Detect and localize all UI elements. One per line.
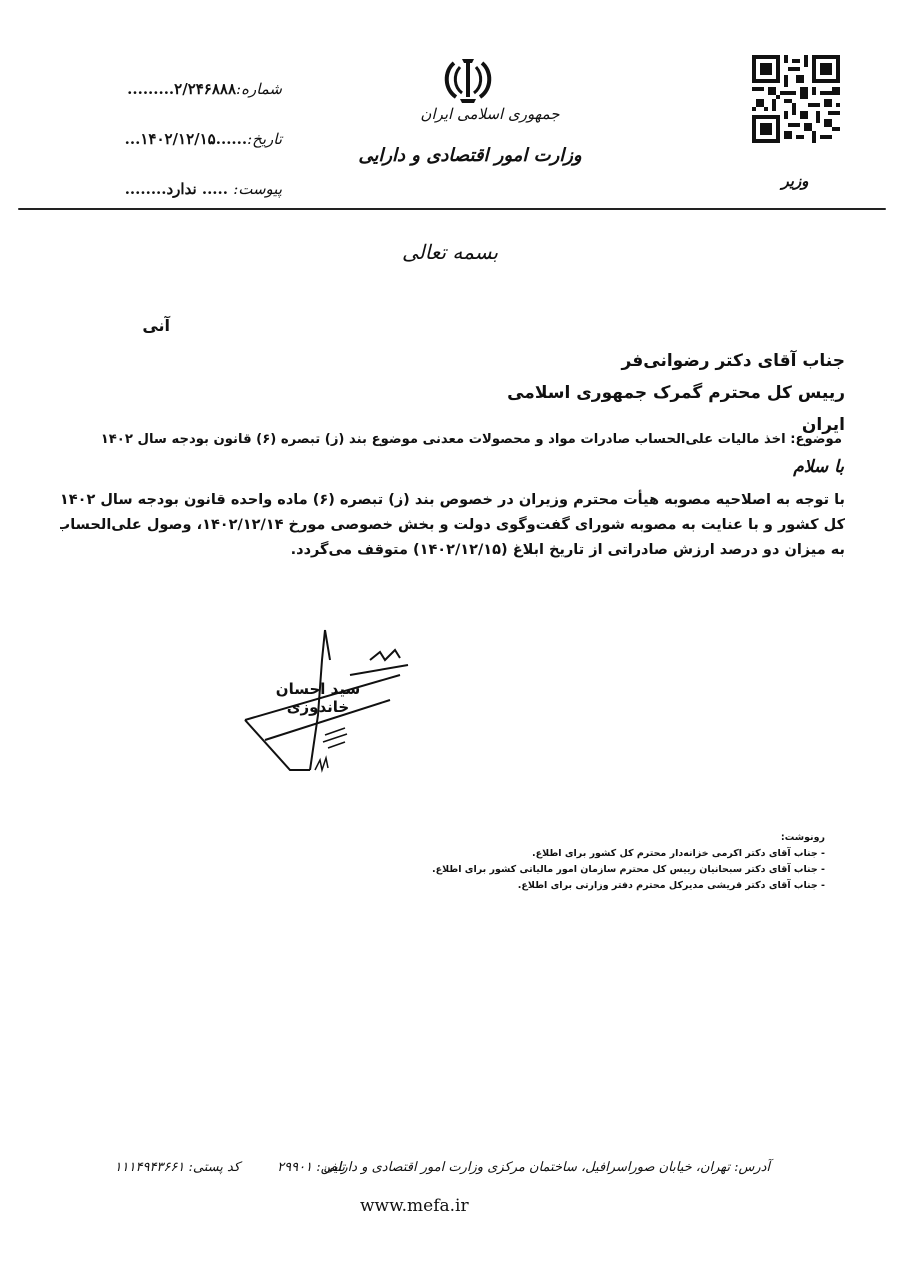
header-divider [18, 208, 886, 210]
letter-attachment: پیوست: ..... ندارد........ [62, 180, 282, 198]
dotted-fill: ..... [197, 180, 234, 198]
letter-date-label: تاریخ: [247, 130, 282, 148]
greeting: با سلام [780, 457, 844, 477]
dotted-fill: ...... [216, 130, 247, 148]
body-line: با توجه به اصلاحیه مصوبه هیأت محترم وزیر… [60, 488, 845, 513]
qr-code-icon [752, 55, 840, 143]
sender-title: وزیر [770, 172, 820, 190]
letter-subject: موضوع: اخذ مالیات علی‌الحساب صادرات مواد… [150, 432, 842, 447]
country-name: جمهوری اسلامی ایران [380, 105, 600, 123]
letter-date-value: ۱۴۰۲/۱۲/۱۵ [140, 130, 215, 148]
addressee: جناب آقای دکتر رضوانی‌فر رییس کل محترم گ… [470, 345, 845, 441]
invocation: بسمه تعالی [380, 240, 520, 264]
cc-list: رونوشت: - جناب آقای دکتر اکرمی خزانه‌دار… [470, 830, 825, 894]
letter-attachment-label: پیوست: [233, 180, 282, 198]
cc-label: رونوشت: [470, 830, 825, 846]
cc-item: - جناب آقای دکتر قریشی مدیرکل محترم دفتر… [470, 878, 825, 894]
letter-body: با توجه به اصلاحیه مصوبه هیأت محترم وزیر… [60, 488, 845, 563]
footer-postal-code: کد پستی: ۱۱۱۴۹۴۳۶۶۱ [100, 1160, 240, 1175]
footer-address: آدرس: تهران، خیابان صوراسرافیل، ساختمان … [350, 1160, 770, 1175]
footer-phone: تلفن: ۲۹۹۰۱ [250, 1160, 345, 1175]
dotted-fill: ... [125, 130, 141, 148]
letter-number-value: ۲/۲۴۶۸۸۸ [174, 80, 236, 98]
body-line: کل کشور و با عنایت به مصوبه شورای گفت‌وگ… [60, 513, 845, 538]
letter-date: تاریخ:......۱۴۰۲/۱۲/۱۵... [62, 130, 282, 148]
cc-item: - جناب آقای دکتر اکرمی خزانه‌دار محترم ک… [470, 846, 825, 862]
ministry-name: وزارت امور اقتصادی و دارایی [340, 145, 600, 166]
letter-attachment-value: ندارد [166, 180, 196, 198]
letter-number: شماره:۲/۲۴۶۸۸۸......... [62, 80, 282, 98]
iran-emblem-icon [440, 55, 496, 107]
body-line: به میزان دو درصد ارزش صادراتی از تاریخ ا… [60, 538, 845, 563]
footer-website[interactable]: www.mefa.ir [360, 1196, 500, 1216]
cc-item: - جناب آقای دکتر سبحانیان رییس کل محترم … [470, 862, 825, 878]
addressee-name: جناب آقای دکتر رضوانی‌فر [470, 345, 845, 377]
dotted-fill: ........ [125, 180, 167, 198]
signatory-name: سید احسان خاندوزی [258, 680, 378, 716]
dotted-fill: ......... [127, 80, 174, 98]
priority-label: آنی [110, 316, 170, 335]
letter-number-label: شماره: [236, 80, 282, 98]
